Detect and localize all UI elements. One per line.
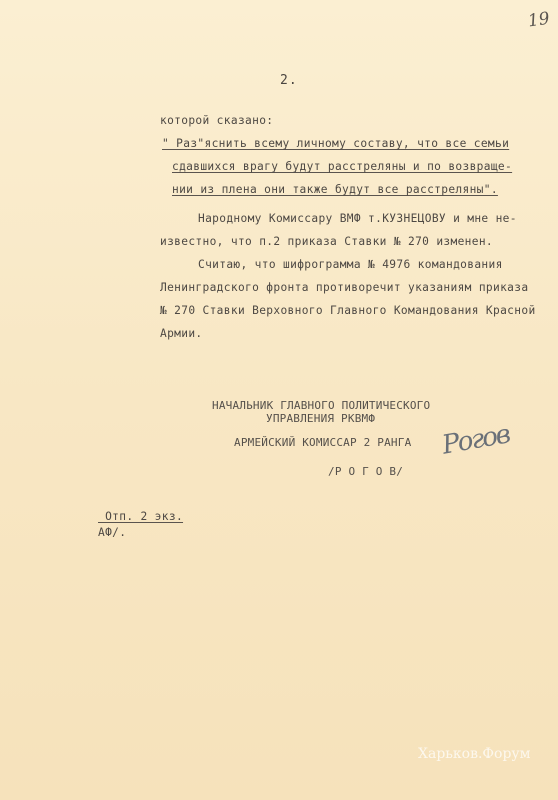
copies-line: Отп. 2 экз. xyxy=(98,510,183,523)
signatory-title-line-1: НАЧАЛЬНИК ГЛАВНОГО ПОЛИТИЧЕСКОГО xyxy=(212,399,430,412)
forum-watermark: Харьков.Форум xyxy=(418,746,531,762)
quote-line-text: " Раз"яснить всему личному составу, что … xyxy=(162,137,509,150)
document-page: 19 2. которой сказано: " Раз"яснить всем… xyxy=(0,0,558,800)
quote-line: сдавшихся врагу будут расстреляны и по в… xyxy=(172,160,512,173)
paragraph-line: Ленинградского фронта противоречит указа… xyxy=(160,281,528,294)
paragraph-line: Армии. xyxy=(160,327,203,340)
signatory-title-line-2: УПРАВЛЕНИЯ РКВМФ xyxy=(266,412,375,425)
quote-line-text: нии из плена они также будут все расстре… xyxy=(172,183,498,196)
folio-number: 19 xyxy=(527,9,551,32)
signatory-name: /Р О Г О В/ xyxy=(328,465,403,478)
paragraph-line: известно, что п.2 приказа Ставки № 270 и… xyxy=(160,235,493,248)
page-number: 2. xyxy=(280,73,298,88)
quote-line: " Раз"яснить всему личному составу, что … xyxy=(162,137,509,150)
paragraph-line: Считаю, что шифрограмма № 4976 командова… xyxy=(198,258,503,271)
handwritten-signature: Рогов xyxy=(440,419,511,460)
signatory-rank: АРМЕЙСКИЙ КОМИССАР 2 РАНГА xyxy=(234,436,411,449)
quote-line: нии из плена они также будут все расстре… xyxy=(172,183,498,196)
intro-line: которой сказано: xyxy=(160,114,273,127)
copies-text: Отп. 2 экз. xyxy=(98,510,183,523)
paragraph-line: № 270 Ставки Верховного Главного Командо… xyxy=(160,304,536,317)
paragraph-line: Народному Комиссару ВМФ т.КУЗНЕЦОВУ и мн… xyxy=(198,212,517,225)
quote-line-text: сдавшихся врагу будут расстреляны и по в… xyxy=(172,160,512,173)
initials-line: АФ/. xyxy=(98,526,126,539)
